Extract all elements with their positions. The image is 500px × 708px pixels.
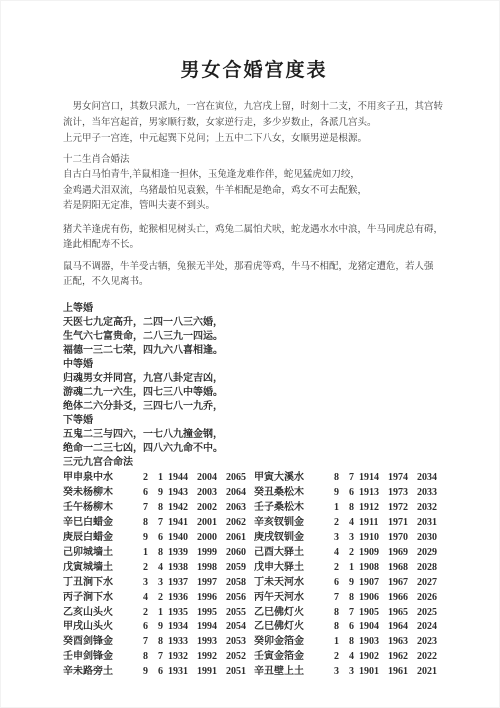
year-2: 1974 — [388, 471, 417, 486]
year-1: 1942 — [168, 501, 197, 516]
year-2: 2000 — [197, 531, 226, 546]
nayin-name: 己酉大驿土 — [254, 546, 334, 561]
year-1: 1937 — [168, 576, 197, 591]
palace-number-2: 1 — [349, 561, 359, 576]
year-1: 1907 — [359, 576, 388, 591]
year-3: 2056 — [226, 591, 254, 606]
year-2: 1998 — [197, 561, 226, 576]
palace-number-1: 6 — [143, 486, 158, 501]
table-row: 辛未路旁土96193119912051 — [63, 665, 254, 680]
year-3: 2024 — [417, 620, 445, 635]
lower-grade-verse: 五鬼二三与四六，一七八九撞金钢， 绝命一二三七凶，四八六九命不中。 — [63, 428, 445, 456]
palace-number-1: 9 — [143, 531, 158, 546]
palace-number-1: 2 — [334, 516, 349, 531]
year-2: 1965 — [388, 606, 417, 621]
year-2: 1995 — [197, 606, 226, 621]
palace-number-2: 8 — [158, 501, 168, 516]
year-1: 1931 — [168, 665, 197, 680]
nayin-table-right: 甲寅大溪水87191419742034癸丑桑松木96191319732033壬子… — [254, 471, 445, 680]
year-1: 1902 — [359, 650, 388, 665]
palace-number-1: 3 — [334, 665, 349, 680]
year-2: 2004 — [197, 471, 226, 486]
palace-number-1: 9 — [143, 665, 158, 680]
table-row: 辛丑壁上土33190119612021 — [254, 665, 445, 680]
year-2: 1994 — [197, 620, 226, 635]
year-3: 2059 — [226, 561, 254, 576]
year-3: 2028 — [417, 561, 445, 576]
year-1: 1941 — [168, 516, 197, 531]
year-3: 2052 — [226, 650, 254, 665]
palace-number-1: 3 — [334, 531, 349, 546]
year-3: 2027 — [417, 576, 445, 591]
year-3: 2031 — [417, 516, 445, 531]
year-2: 1972 — [388, 501, 417, 516]
upper-grade-heading: 上等婚 — [63, 302, 445, 316]
palace-number-2: 8 — [349, 501, 359, 516]
table-row: 丁未天河水69190719672027 — [254, 576, 445, 591]
table-row: 壬午杨柳木78194220022063 — [63, 501, 254, 516]
year-3: 2054 — [226, 620, 254, 635]
table-row: 壬子桑松木18191219722032 — [254, 501, 445, 516]
year-2: 2001 — [197, 516, 226, 531]
year-3: 2026 — [417, 591, 445, 606]
table-row: 甲申泉中水21194420042065 — [63, 471, 254, 486]
year-1: 1908 — [359, 561, 388, 576]
nayin-name: 己卯城墙土 — [63, 546, 143, 561]
year-2: 2003 — [197, 486, 226, 501]
year-2: 1961 — [388, 665, 417, 680]
year-1: 1914 — [359, 471, 388, 486]
table-row: 甲寅大溪水87191419742034 — [254, 471, 445, 486]
palace-number-2: 2 — [349, 546, 359, 561]
table-row: 壬申剑锋金87193219922052 — [63, 650, 254, 665]
year-2: 2002 — [197, 501, 226, 516]
palace-number-2: 4 — [349, 650, 359, 665]
palace-number-1: 1 — [334, 635, 349, 650]
year-2: 1968 — [388, 561, 417, 576]
palace-number-1: 8 — [334, 606, 349, 621]
table-row: 丙午天河水78190619662026 — [254, 591, 445, 606]
zodiac-verse-2: 猪犬羊逢虎有伤，蛇猴相见树头亡，鸡兔二属怕犬吠，蛇龙遇水水中浪，牛马同虎总有碍，… — [63, 223, 445, 254]
table-row: 丙子涧下水42193619962056 — [63, 591, 254, 606]
nayin-name: 乙亥山头火 — [63, 606, 143, 621]
nayin-year-tables: 甲申泉中水21194420042065癸未杨柳木69194320032064壬午… — [63, 471, 445, 680]
sanyuan-table-heading: 三元九宫合命法 — [63, 456, 445, 470]
nayin-name: 丙午天河水 — [254, 591, 334, 606]
nayin-name: 甲寅大溪水 — [254, 471, 334, 486]
year-2: 1993 — [197, 635, 226, 650]
palace-number-2: 3 — [349, 531, 359, 546]
year-1: 1935 — [168, 606, 197, 621]
table-row: 戊寅城墙土24193819982059 — [63, 561, 254, 576]
palace-number-2: 2 — [158, 591, 168, 606]
nayin-name: 庚戌钗钏金 — [254, 531, 334, 546]
nayin-name: 甲戌山头火 — [63, 620, 143, 635]
palace-number-1: 1 — [143, 546, 158, 561]
nayin-name: 甲申泉中水 — [63, 471, 143, 486]
palace-number-1: 4 — [334, 546, 349, 561]
palace-number-2: 7 — [158, 650, 168, 665]
nayin-name: 癸酉剑锋金 — [63, 635, 143, 650]
year-1: 1938 — [168, 561, 197, 576]
palace-number-1: 4 — [143, 591, 158, 606]
palace-number-1: 8 — [334, 471, 349, 486]
nayin-name: 乙巳佛灯火 — [254, 606, 334, 621]
palace-number-2: 7 — [349, 606, 359, 621]
table-row: 己卯城墙土18193919992060 — [63, 546, 254, 561]
nayin-name: 壬申剑锋金 — [63, 650, 143, 665]
zodiac-heading: 十二生肖合婚法 — [63, 153, 445, 168]
palace-number-1: 2 — [334, 650, 349, 665]
year-2: 1963 — [388, 635, 417, 650]
table-row: 壬寅金箔金24190219622022 — [254, 650, 445, 665]
table-row: 癸丑桑松木96191319732033 — [254, 486, 445, 501]
palace-number-2: 3 — [158, 576, 168, 591]
year-3: 2058 — [226, 576, 254, 591]
palace-number-2: 9 — [158, 486, 168, 501]
palace-number-2: 1 — [158, 606, 168, 621]
year-3: 2034 — [417, 471, 445, 486]
year-3: 2025 — [417, 606, 445, 621]
year-2: 1992 — [197, 650, 226, 665]
nayin-name: 癸未杨柳木 — [63, 486, 143, 501]
year-1: 1905 — [359, 606, 388, 621]
palace-number-2: 6 — [349, 486, 359, 501]
year-3: 2033 — [417, 486, 445, 501]
year-1: 1912 — [359, 501, 388, 516]
year-3: 2029 — [417, 546, 445, 561]
middle-grade-verse: 归魂男女并同宫，九宫八卦定吉凶， 游魂二九一六生，四七三八中等婚。 绝体二六分卦… — [63, 372, 445, 414]
year-1: 1901 — [359, 665, 388, 680]
zodiac-verse-1: 自古白马怕青牛,羊鼠相逢一担休，玉兔逢龙难作伴，蛇见猛虎如刀绞， 金鸡遇犬泪双流… — [63, 168, 445, 214]
year-1: 1934 — [168, 620, 197, 635]
year-3: 2064 — [226, 486, 254, 501]
year-3: 2063 — [226, 501, 254, 516]
nayin-name: 壬寅金箔金 — [254, 650, 334, 665]
year-3: 2022 — [417, 650, 445, 665]
year-1: 1903 — [359, 635, 388, 650]
palace-number-2: 8 — [158, 635, 168, 650]
year-2: 1996 — [197, 591, 226, 606]
palace-number-2: 6 — [158, 665, 168, 680]
zodiac-verse-3: 鼠马不调器，牛羊受古牺，兔猴无半处，那看虎等鸡，牛马不相配，龙猪定遭危，若人强 … — [63, 260, 445, 291]
nayin-name: 丙子涧下水 — [63, 591, 143, 606]
palace-number-2: 8 — [349, 635, 359, 650]
nayin-name: 壬子桑松木 — [254, 501, 334, 516]
lower-grade-heading: 下等婚 — [63, 414, 445, 428]
palace-number-2: 9 — [158, 620, 168, 635]
page-title: 男女合婚宫度表 — [63, 59, 445, 83]
nayin-name: 癸卯金箔金 — [254, 635, 334, 650]
table-row: 乙巳佛灯火86190419642024 — [254, 620, 445, 635]
palace-number-1: 6 — [143, 620, 158, 635]
year-3: 2023 — [417, 635, 445, 650]
palace-number-2: 9 — [349, 576, 359, 591]
palace-number-2: 8 — [158, 546, 168, 561]
palace-number-1: 2 — [143, 471, 158, 486]
year-1: 1939 — [168, 546, 197, 561]
palace-number-2: 3 — [349, 665, 359, 680]
year-1: 1911 — [359, 516, 388, 531]
palace-number-1: 7 — [143, 501, 158, 516]
year-2: 1973 — [388, 486, 417, 501]
year-3: 2065 — [226, 471, 254, 486]
year-3: 2030 — [417, 531, 445, 546]
palace-number-1: 8 — [143, 650, 158, 665]
table-row: 己酉大驿土42190919692029 — [254, 546, 445, 561]
nayin-name: 戊寅城墙土 — [63, 561, 143, 576]
palace-number-1: 8 — [143, 516, 158, 531]
marriage-grades-section: 上等婚 天医七九定高升，二四一八三六婚， 生气六七富贵命，二八三九一四运。 福德… — [63, 302, 445, 456]
table-row: 癸未杨柳木69194320032064 — [63, 486, 254, 501]
table-row: 辛亥钗钏金24191119712031 — [254, 516, 445, 531]
year-2: 1971 — [388, 516, 417, 531]
year-1: 1904 — [359, 620, 388, 635]
year-1: 1940 — [168, 531, 197, 546]
table-row: 丁丑涧下水33193719972058 — [63, 576, 254, 591]
year-1: 1910 — [359, 531, 388, 546]
year-3: 2062 — [226, 516, 254, 531]
table-row: 庚辰白蜡金96194020002061 — [63, 531, 254, 546]
palace-number-1: 9 — [334, 486, 349, 501]
nayin-name: 癸丑桑松木 — [254, 486, 334, 501]
upper-grade-verse: 天医七九定高升，二四一八三六婚， 生气六七富贵命，二八三九一四运。 福德一三二七… — [63, 316, 445, 358]
document-page: 男女合婚宫度表 男女问宫口，其数只派九，一宫在寅位，九宫戌上留，时刻十二支，不用… — [0, 0, 500, 708]
nayin-name: 壬午杨柳木 — [63, 501, 143, 516]
year-2: 1991 — [197, 665, 226, 680]
table-row: 庚戌钗钏金33191019702030 — [254, 531, 445, 546]
nayin-name: 戊申大驿土 — [254, 561, 334, 576]
year-3: 2051 — [226, 665, 254, 680]
palace-number-1: 2 — [143, 561, 158, 576]
palace-number-1: 8 — [334, 620, 349, 635]
palace-number-1: 7 — [143, 635, 158, 650]
year-1: 1932 — [168, 650, 197, 665]
nayin-name: 辛巳白蜡金 — [63, 516, 143, 531]
palace-number-1: 1 — [334, 501, 349, 516]
nayin-name: 辛未路旁土 — [63, 665, 143, 680]
intro-paragraph: 男女问宫口，其数只派九，一宫在寅位，九宫戌上留，时刻十二支，不用亥子丑，其宫转 … — [63, 99, 445, 147]
palace-number-2: 1 — [158, 471, 168, 486]
table-row: 癸卯金箔金18190319632023 — [254, 635, 445, 650]
palace-number-2: 7 — [349, 471, 359, 486]
year-3: 2055 — [226, 606, 254, 621]
year-3: 2060 — [226, 546, 254, 561]
year-3: 2021 — [417, 665, 445, 680]
year-2: 1967 — [388, 576, 417, 591]
table-row: 辛巳白蜡金87194120012062 — [63, 516, 254, 531]
year-1: 1909 — [359, 546, 388, 561]
year-2: 1966 — [388, 591, 417, 606]
year-3: 2053 — [226, 635, 254, 650]
year-1: 1933 — [168, 635, 197, 650]
palace-number-1: 2 — [334, 561, 349, 576]
year-2: 1969 — [388, 546, 417, 561]
palace-number-1: 7 — [334, 591, 349, 606]
palace-number-2: 8 — [349, 591, 359, 606]
year-2: 1962 — [388, 650, 417, 665]
palace-number-2: 4 — [158, 561, 168, 576]
year-1: 1943 — [168, 486, 197, 501]
year-3: 2032 — [417, 501, 445, 516]
table-row: 乙巳佛灯火87190519652025 — [254, 606, 445, 621]
palace-number-2: 6 — [158, 531, 168, 546]
table-row: 甲戌山头火69193419942054 — [63, 620, 254, 635]
year-2: 1999 — [197, 546, 226, 561]
year-3: 2061 — [226, 531, 254, 546]
year-1: 1936 — [168, 591, 197, 606]
nayin-name: 乙巳佛灯火 — [254, 620, 334, 635]
palace-number-1: 2 — [143, 606, 158, 621]
year-2: 1964 — [388, 620, 417, 635]
palace-number-1: 3 — [143, 576, 158, 591]
nayin-name: 庚辰白蜡金 — [63, 531, 143, 546]
palace-number-2: 6 — [349, 620, 359, 635]
table-row: 乙亥山头火21193519952055 — [63, 606, 254, 621]
nayin-name: 辛丑壁上土 — [254, 665, 334, 680]
year-1: 1913 — [359, 486, 388, 501]
year-2: 1970 — [388, 531, 417, 546]
middle-grade-heading: 中等婚 — [63, 358, 445, 372]
nayin-name: 丁丑涧下水 — [63, 576, 143, 591]
palace-number-1: 6 — [334, 576, 349, 591]
year-2: 1997 — [197, 576, 226, 591]
nayin-name: 辛亥钗钏金 — [254, 516, 334, 531]
year-1: 1944 — [168, 471, 197, 486]
table-row: 戊申大驿土21190819682028 — [254, 561, 445, 576]
palace-number-2: 4 — [349, 516, 359, 531]
nayin-table-left: 甲申泉中水21194420042065癸未杨柳木69194320032064壬午… — [63, 471, 254, 680]
table-row: 癸酉剑锋金78193319932053 — [63, 635, 254, 650]
nayin-name: 丁未天河水 — [254, 576, 334, 591]
palace-number-2: 7 — [158, 516, 168, 531]
zodiac-section: 十二生肖合婚法 自古白马怕青牛,羊鼠相逢一担休，玉兔逢龙难作伴，蛇见猛虎如刀绞，… — [63, 153, 445, 290]
year-1: 1906 — [359, 591, 388, 606]
